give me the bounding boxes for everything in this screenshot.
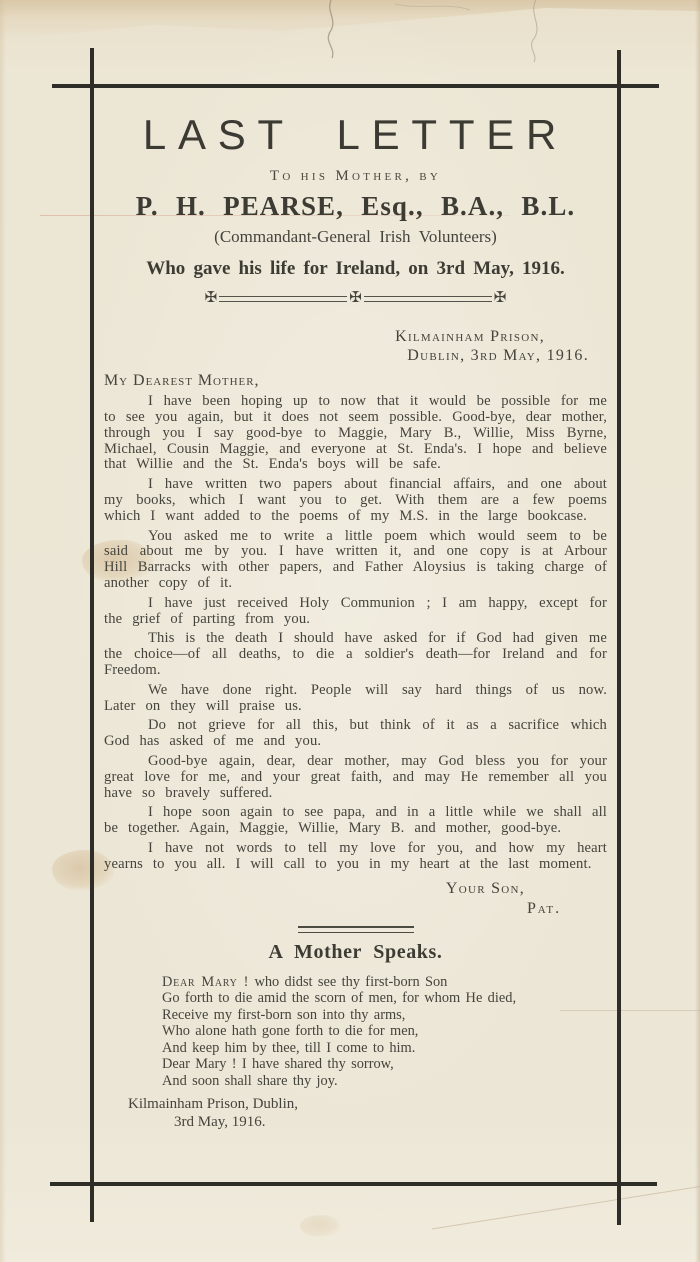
poem-date: 3rd May, 1916. bbox=[104, 1114, 607, 1131]
letter-paragraph: Do not grieve for all this, but think of… bbox=[104, 718, 607, 750]
poem-line: Receive my first-born son into thy arms, bbox=[162, 1007, 607, 1024]
letter-paragraph: I have just received Holy Communion ; I … bbox=[104, 596, 607, 628]
frame-border-bottom bbox=[50, 1182, 657, 1186]
letter-place: Kilmainham Prison, bbox=[104, 327, 607, 346]
letter-signature: Pat. bbox=[104, 900, 607, 918]
letter-date: Dublin, 3rd May, 1916. bbox=[104, 346, 607, 365]
cross-rule-ornament: ✠ ✠ ✠ bbox=[104, 291, 607, 306]
poem-heading: A Mother Speaks. bbox=[104, 941, 607, 964]
double-rule bbox=[219, 296, 347, 302]
scanned-document-page: LAST LETTER To his Mother, by P. H. PEAR… bbox=[0, 0, 700, 1262]
document-subtitle: To his Mother, by bbox=[104, 168, 607, 185]
poem-line: Dear Mary ! who didst see thy first-born… bbox=[162, 974, 607, 991]
fold-crease bbox=[432, 1182, 700, 1230]
torn-paper-edge bbox=[0, 0, 700, 40]
letter-paragraph: I have not words to tell my love for you… bbox=[104, 841, 607, 873]
poem-line: Go forth to die amid the scorn of men, f… bbox=[162, 990, 607, 1007]
letter-paragraph: You asked me to write a little poem whic… bbox=[104, 529, 607, 592]
poem-line-lead: Dear Mary ! bbox=[162, 974, 249, 990]
frame-border-right bbox=[617, 50, 621, 1225]
letter-closing: Your Son, bbox=[104, 880, 607, 898]
stain bbox=[300, 1215, 340, 1237]
poem-text: Dear Mary ! who didst see thy first-born… bbox=[104, 974, 607, 1090]
poem-line-rest: who didst see thy first-born Son bbox=[249, 974, 447, 990]
letter-paragraph: Good-bye again, dear, dear mother, may G… bbox=[104, 754, 607, 801]
poem-line: Dear Mary ! I have shared thy sorrow, bbox=[162, 1056, 607, 1073]
author-role: (Commandant-General Irish Volunteers) bbox=[104, 227, 607, 247]
dedication-line: Who gave his life for Ireland, on 3rd Ma… bbox=[104, 258, 607, 280]
maltese-cross-icon: ✠ bbox=[349, 291, 362, 306]
letter-paragraph: I hope soon again to see papa, and in a … bbox=[104, 805, 607, 837]
poem-line: Who alone hath gone forth to die for men… bbox=[162, 1023, 607, 1040]
paper-edge-shadow-right bbox=[695, 0, 700, 1262]
poem-place: Kilmainham Prison, Dublin, bbox=[104, 1096, 607, 1113]
document-content: LAST LETTER To his Mother, by P. H. PEAR… bbox=[94, 88, 617, 1131]
letter-paragraph: We have done right. People will say hard… bbox=[104, 683, 607, 715]
letter-salutation: My Dearest Mother, bbox=[104, 372, 607, 390]
document-title: LAST LETTER bbox=[104, 112, 607, 158]
maltese-cross-icon: ✠ bbox=[494, 291, 507, 306]
letter-body: I have been hoping up to now that it wou… bbox=[104, 394, 607, 872]
letter-paragraph: I have written two papers about financia… bbox=[104, 477, 607, 524]
paper-edge-shadow-left bbox=[0, 0, 6, 1262]
maltese-cross-icon: ✠ bbox=[205, 291, 218, 306]
letter-dateline: Kilmainham Prison, Dublin, 3rd May, 1916… bbox=[104, 327, 607, 365]
letter-paragraph: I have been hoping up to now that it wou… bbox=[104, 394, 607, 473]
letter-paragraph: This is the death I should have asked fo… bbox=[104, 631, 607, 678]
author-name: P. H. PEARSE, Esq., B.A., B.L. bbox=[104, 191, 607, 222]
poem-line: And soon shall share thy joy. bbox=[162, 1073, 607, 1090]
double-rule bbox=[364, 296, 492, 302]
poem-line: And keep him by thee, till I come to him… bbox=[162, 1040, 607, 1057]
section-divider-rule bbox=[298, 926, 414, 933]
